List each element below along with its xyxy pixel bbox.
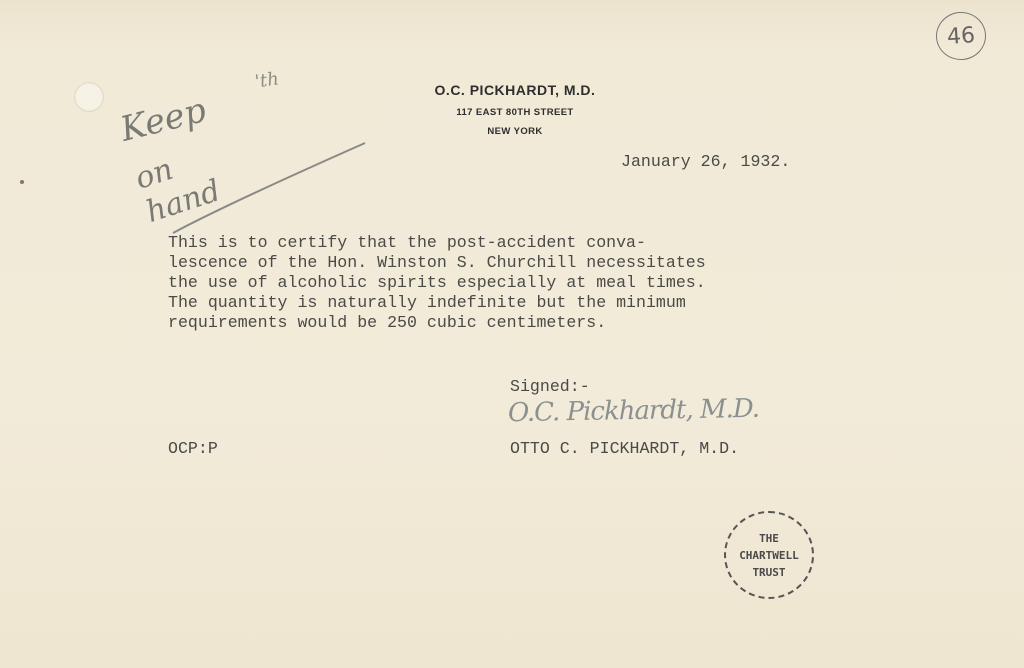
- letter-date: January 26, 1932.: [621, 152, 790, 172]
- letterhead-address: 117 EAST 80TH STREET: [390, 107, 640, 118]
- body-line: lescence of the Hon. Winston S. Churchil…: [168, 253, 706, 273]
- letterhead: O.C. PICKHARDT, M.D. 117 EAST 80TH STREE…: [390, 82, 640, 137]
- body-line: The quantity is naturally indefinite but…: [168, 293, 706, 313]
- body-line: requirements would be 250 cubic centimet…: [168, 313, 706, 333]
- punch-hole: [74, 82, 104, 112]
- stamp-line: CHARTWELL: [739, 547, 799, 564]
- stamp-line: THE: [759, 530, 779, 547]
- reference-initials: OCP:P: [168, 439, 218, 459]
- typed-signatory-name: OTTO C. PICKHARDT, M.D.: [510, 439, 739, 459]
- letter-body: This is to certify that the post-acciden…: [168, 233, 706, 333]
- body-line: the use of alcoholic spirits especially …: [168, 273, 706, 293]
- chartwell-trust-stamp: THE CHARTWELL TRUST: [724, 511, 814, 599]
- handwritten-signature: O.C. Pickhardt, M.D.: [508, 394, 760, 428]
- letterhead-city: NEW YORK: [390, 126, 640, 137]
- body-line: This is to certify that the post-acciden…: [168, 233, 706, 253]
- stamp-line: TRUST: [752, 564, 785, 581]
- pencil-stroke-line: [165, 135, 375, 245]
- letterhead-name: O.C. PICKHARDT, M.D.: [390, 82, 640, 98]
- annotation-th: 'th: [254, 68, 280, 92]
- paper-spot: [20, 180, 24, 184]
- signed-label: Signed:-: [510, 377, 590, 397]
